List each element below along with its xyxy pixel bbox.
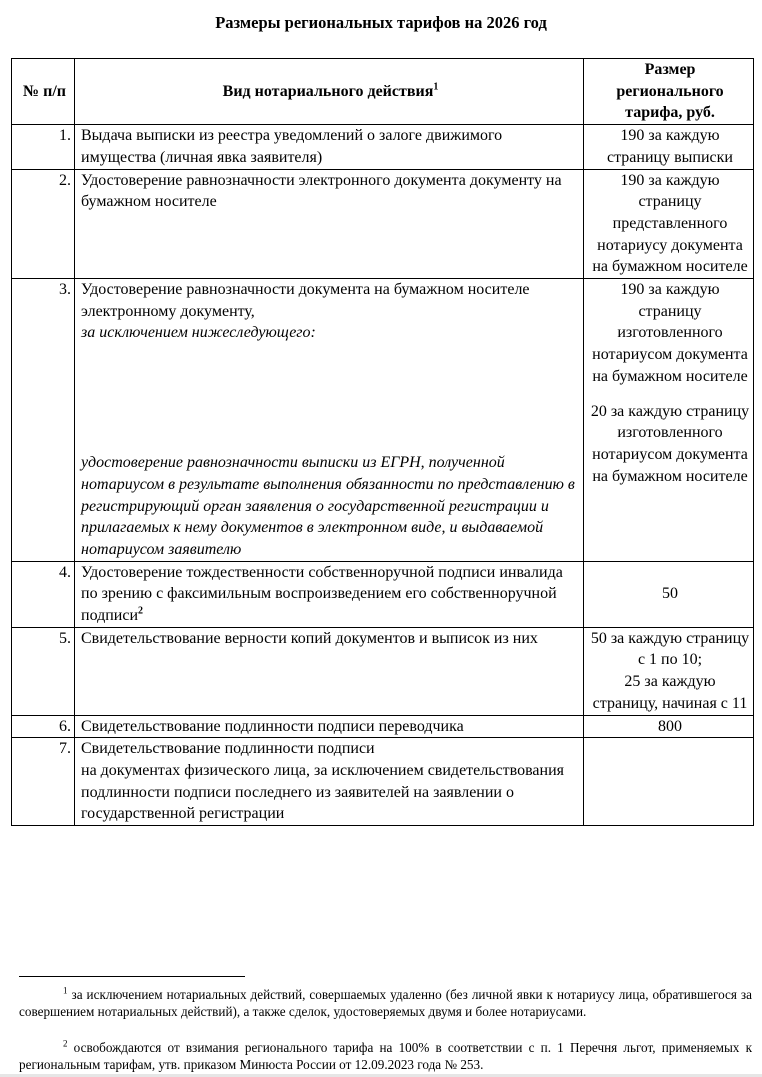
row-action: Удостоверение тождественности собственно… xyxy=(75,561,584,627)
row-rate: 190 за каждую страницу представленного н… xyxy=(584,169,754,279)
table-row: 3. Удостоверение равнозначности документ… xyxy=(12,279,754,562)
footnote-separator xyxy=(19,976,245,977)
footnote-1: 1 за исключением нотариальных действий, … xyxy=(19,987,752,1020)
table-row: 5. Свидетельствование верности копий док… xyxy=(12,627,754,715)
row-sub-action: удостоверение равнозначности выписки из … xyxy=(81,452,580,561)
row-rate-part2: 25 за каждую страницу, начиная с 11 xyxy=(590,671,750,714)
row-action: Удостоверение равнозначности электронног… xyxy=(75,169,584,279)
tariffs-table: № п/п Вид нотариального действия1 Размер… xyxy=(11,58,754,826)
row-rate: 50 за каждую страницу с 1 по 10; 25 за к… xyxy=(584,627,754,715)
row-number: 1. xyxy=(12,125,75,169)
table-header-row: № п/п Вид нотариального действия1 Размер… xyxy=(12,59,754,125)
row-action: Свидетельствование подлинности подписи п… xyxy=(75,715,584,738)
row-sub-rate: 20 за каждую страницу изготовленного нот… xyxy=(590,401,750,488)
row-rate-part1: 50 за каждую страницу с 1 по 10; xyxy=(590,628,750,671)
footnote-text: освобождаются от взимания регионального … xyxy=(19,1040,752,1072)
row-rate: 190 за каждую страницу изготовленного но… xyxy=(584,279,754,562)
row-rate-main: 190 за каждую страницу изготовленного но… xyxy=(590,279,750,388)
table-row: 7. Свидетельствование подлинности подпис… xyxy=(12,738,754,826)
row-action: Свидетельствование верности копий докуме… xyxy=(75,627,584,715)
row-action: Выдача выписки из реестра уведомлений о … xyxy=(75,125,584,169)
footnote-2: 2 освобождаются от взимания региональног… xyxy=(19,1040,752,1073)
row-number: 4. xyxy=(12,561,75,627)
row-number: 6. xyxy=(12,715,75,738)
row-action-note: за исключением нижеследующего: xyxy=(81,322,580,344)
row-rate: 50 xyxy=(584,561,754,627)
row-number: 3. xyxy=(12,279,75,562)
table-row: 1. Выдача выписки из реестра уведомлений… xyxy=(12,125,754,169)
row-rate xyxy=(584,738,754,826)
table-row: 4. Удостоверение тождественности собстве… xyxy=(12,561,754,627)
row-action: Свидетельствование подлинности подписи н… xyxy=(75,738,584,826)
row-action-line1: Свидетельствование подлинности подписи xyxy=(81,738,580,760)
footnote-text: за исключением нотариальных действий, со… xyxy=(19,987,752,1019)
row-rate: 800 xyxy=(584,715,754,738)
row-rate: 190 за каждую страницу выписки xyxy=(584,125,754,169)
row-number: 5. xyxy=(12,627,75,715)
table-row: 2. Удостоверение равнозначности электрон… xyxy=(12,169,754,279)
footnote-ref-1: 1 xyxy=(433,81,438,92)
row-action-line2: на документах физического лица, за исклю… xyxy=(81,760,580,825)
row-action: Удостоверение равнозначности документа н… xyxy=(75,279,584,562)
header-number: № п/п xyxy=(12,59,75,125)
header-action: Вид нотариального действия1 xyxy=(75,59,584,125)
footnote-ref-2: 2 xyxy=(138,606,143,617)
table-row: 6. Свидетельствование подлинности подпис… xyxy=(12,715,754,738)
document-title: Размеры региональных тарифов на 2026 год xyxy=(0,12,762,34)
header-rate: Размер регионального тарифа, руб. xyxy=(584,59,754,125)
row-action-main: Удостоверение равнозначности документа н… xyxy=(81,279,580,322)
row-number: 2. xyxy=(12,169,75,279)
row-number: 7. xyxy=(12,738,75,826)
